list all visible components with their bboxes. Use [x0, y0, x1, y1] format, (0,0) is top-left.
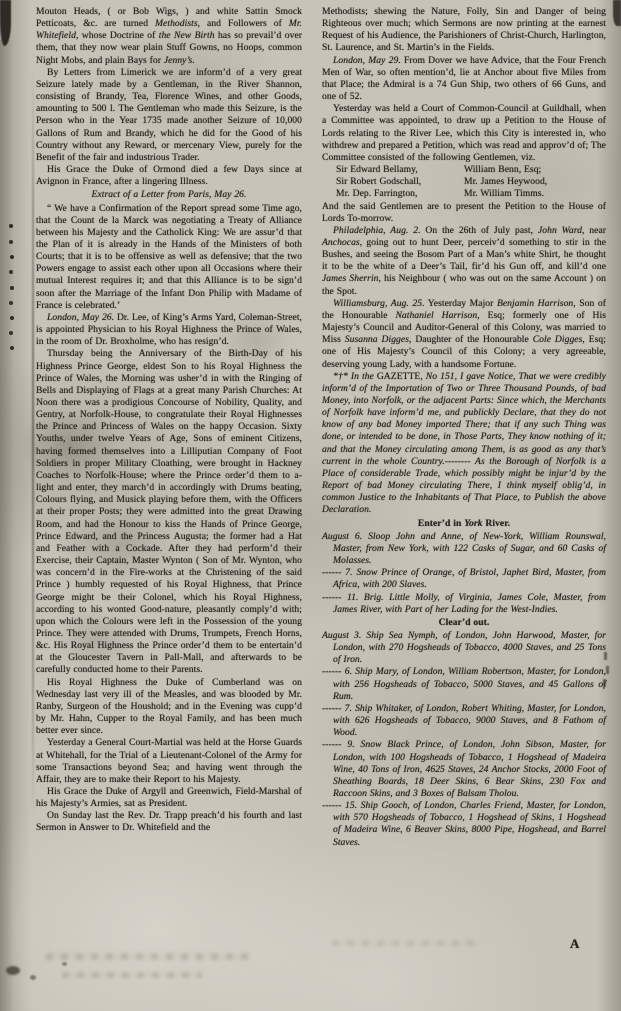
- committee-row: Sir Edward Bellamy,William Benn, Esq;: [322, 164, 606, 176]
- news-paragraph: *†* In the GAZETTE, No 151, I gave Notic…: [322, 371, 606, 517]
- news-paragraph: London, May 29. From Dover we have Advic…: [322, 55, 606, 104]
- committee-name-list: Sir Edward Bellamy,William Benn, Esq;Sir…: [322, 164, 606, 200]
- news-paragraph: His Royal Highness the Duke of Cumberlan…: [36, 677, 302, 738]
- news-paragraph: On Sunday last the Rev. Dr. Trapp preach…: [36, 810, 302, 834]
- news-paragraph: ------ 9. Snow Black Prince, of London, …: [322, 739, 606, 800]
- news-paragraph: His Grace the Duke of Argyll and Greenwi…: [36, 786, 302, 810]
- committee-member: Mr. James Heywood,: [464, 176, 606, 188]
- committee-member: Mr. William Timms.: [464, 188, 606, 200]
- ink-blot-bottom-left: [6, 966, 20, 975]
- crease-line: [32, 70, 34, 815]
- news-paragraph: London, May 26. Dr. Lee, of King’s Arms …: [36, 312, 302, 348]
- left-edge-shadow: [0, 40, 14, 1011]
- news-paragraph: “ We have a Confirmation of the Report s…: [36, 203, 302, 312]
- showthrough-smudge: [62, 972, 202, 978]
- ink-blot-top-right: [613, 0, 621, 26]
- news-paragraph: ------ 6. Ship Mary, of London, William …: [322, 666, 606, 702]
- committee-row: Mr. Dep. Farrington,Mr. William Timms.: [322, 188, 606, 200]
- committee-member: Mr. Dep. Farrington,: [322, 188, 464, 200]
- signature-mark: A: [570, 936, 579, 952]
- section-heading: Enter’d in York River.: [322, 518, 606, 530]
- news-paragraph: ------ 7. Snow Prince of Orange, of Bris…: [322, 567, 606, 591]
- section-heading: Clear’d out.: [322, 617, 606, 629]
- committee-row: Sir Robert Godschall,Mr. James Heywood,: [322, 176, 606, 188]
- news-paragraph: August 6. Sloop John and Anne, of New-Yo…: [322, 531, 606, 567]
- news-paragraph: Philadelphia, Aug. 2. On the 26th of Jul…: [322, 225, 606, 298]
- news-paragraph: Methodists; shewing the Nature, Folly, S…: [322, 6, 606, 55]
- news-paragraph: His Grace the Duke of Ormond died a few …: [36, 164, 302, 188]
- news-paragraph: Yesterday was held a Court of Common-Cou…: [322, 103, 606, 164]
- committee-member: Sir Robert Godschall,: [322, 176, 464, 188]
- news-paragraph: August 3. Ship Sea Nymph, of London, Joh…: [322, 630, 606, 666]
- ink-blot-bottom-left: [30, 975, 36, 980]
- news-paragraph: Thursday being the Anniversary of the Bi…: [36, 348, 302, 676]
- news-paragraph: Williamsburg, Aug. 25. Yesterday Major B…: [322, 298, 606, 371]
- committee-member: William Benn, Esq;: [464, 164, 606, 176]
- committee-member: Sir Edward Bellamy,: [322, 164, 464, 176]
- margin-quote-dots: [9, 224, 13, 228]
- showthrough-smudge: [332, 940, 482, 946]
- news-paragraph: By Letters from Limerick we are inform’d…: [36, 67, 302, 164]
- ink-blot-bottom-left: [62, 962, 67, 966]
- section-heading: Extract of a Letter from Paris, May 26.: [36, 189, 302, 201]
- column-left: Mouton Heads, ( or Bob Wigs, ) and white…: [36, 6, 302, 835]
- newspaper-page: Mouton Heads, ( or Bob Wigs, ) and white…: [0, 0, 621, 1011]
- right-edge-ink-marks: [604, 652, 607, 660]
- news-paragraph: ------ 15. Ship Gooch, of London, Charle…: [322, 800, 606, 849]
- news-paragraph: ------ 7. Ship Whitaker, of London, Robe…: [322, 703, 606, 739]
- news-paragraph: Mouton Heads, ( or Bob Wigs, ) and white…: [36, 6, 302, 67]
- news-paragraph: And the said Gentlemen are to present th…: [322, 201, 606, 225]
- news-paragraph: ------ 11. Brig. Little Molly, of Virgin…: [322, 592, 606, 616]
- showthrough-smudge: [46, 953, 251, 960]
- news-paragraph: Yesterday a General Court-Martial was he…: [36, 737, 302, 786]
- column-right: Methodists; shewing the Nature, Folly, S…: [322, 6, 606, 849]
